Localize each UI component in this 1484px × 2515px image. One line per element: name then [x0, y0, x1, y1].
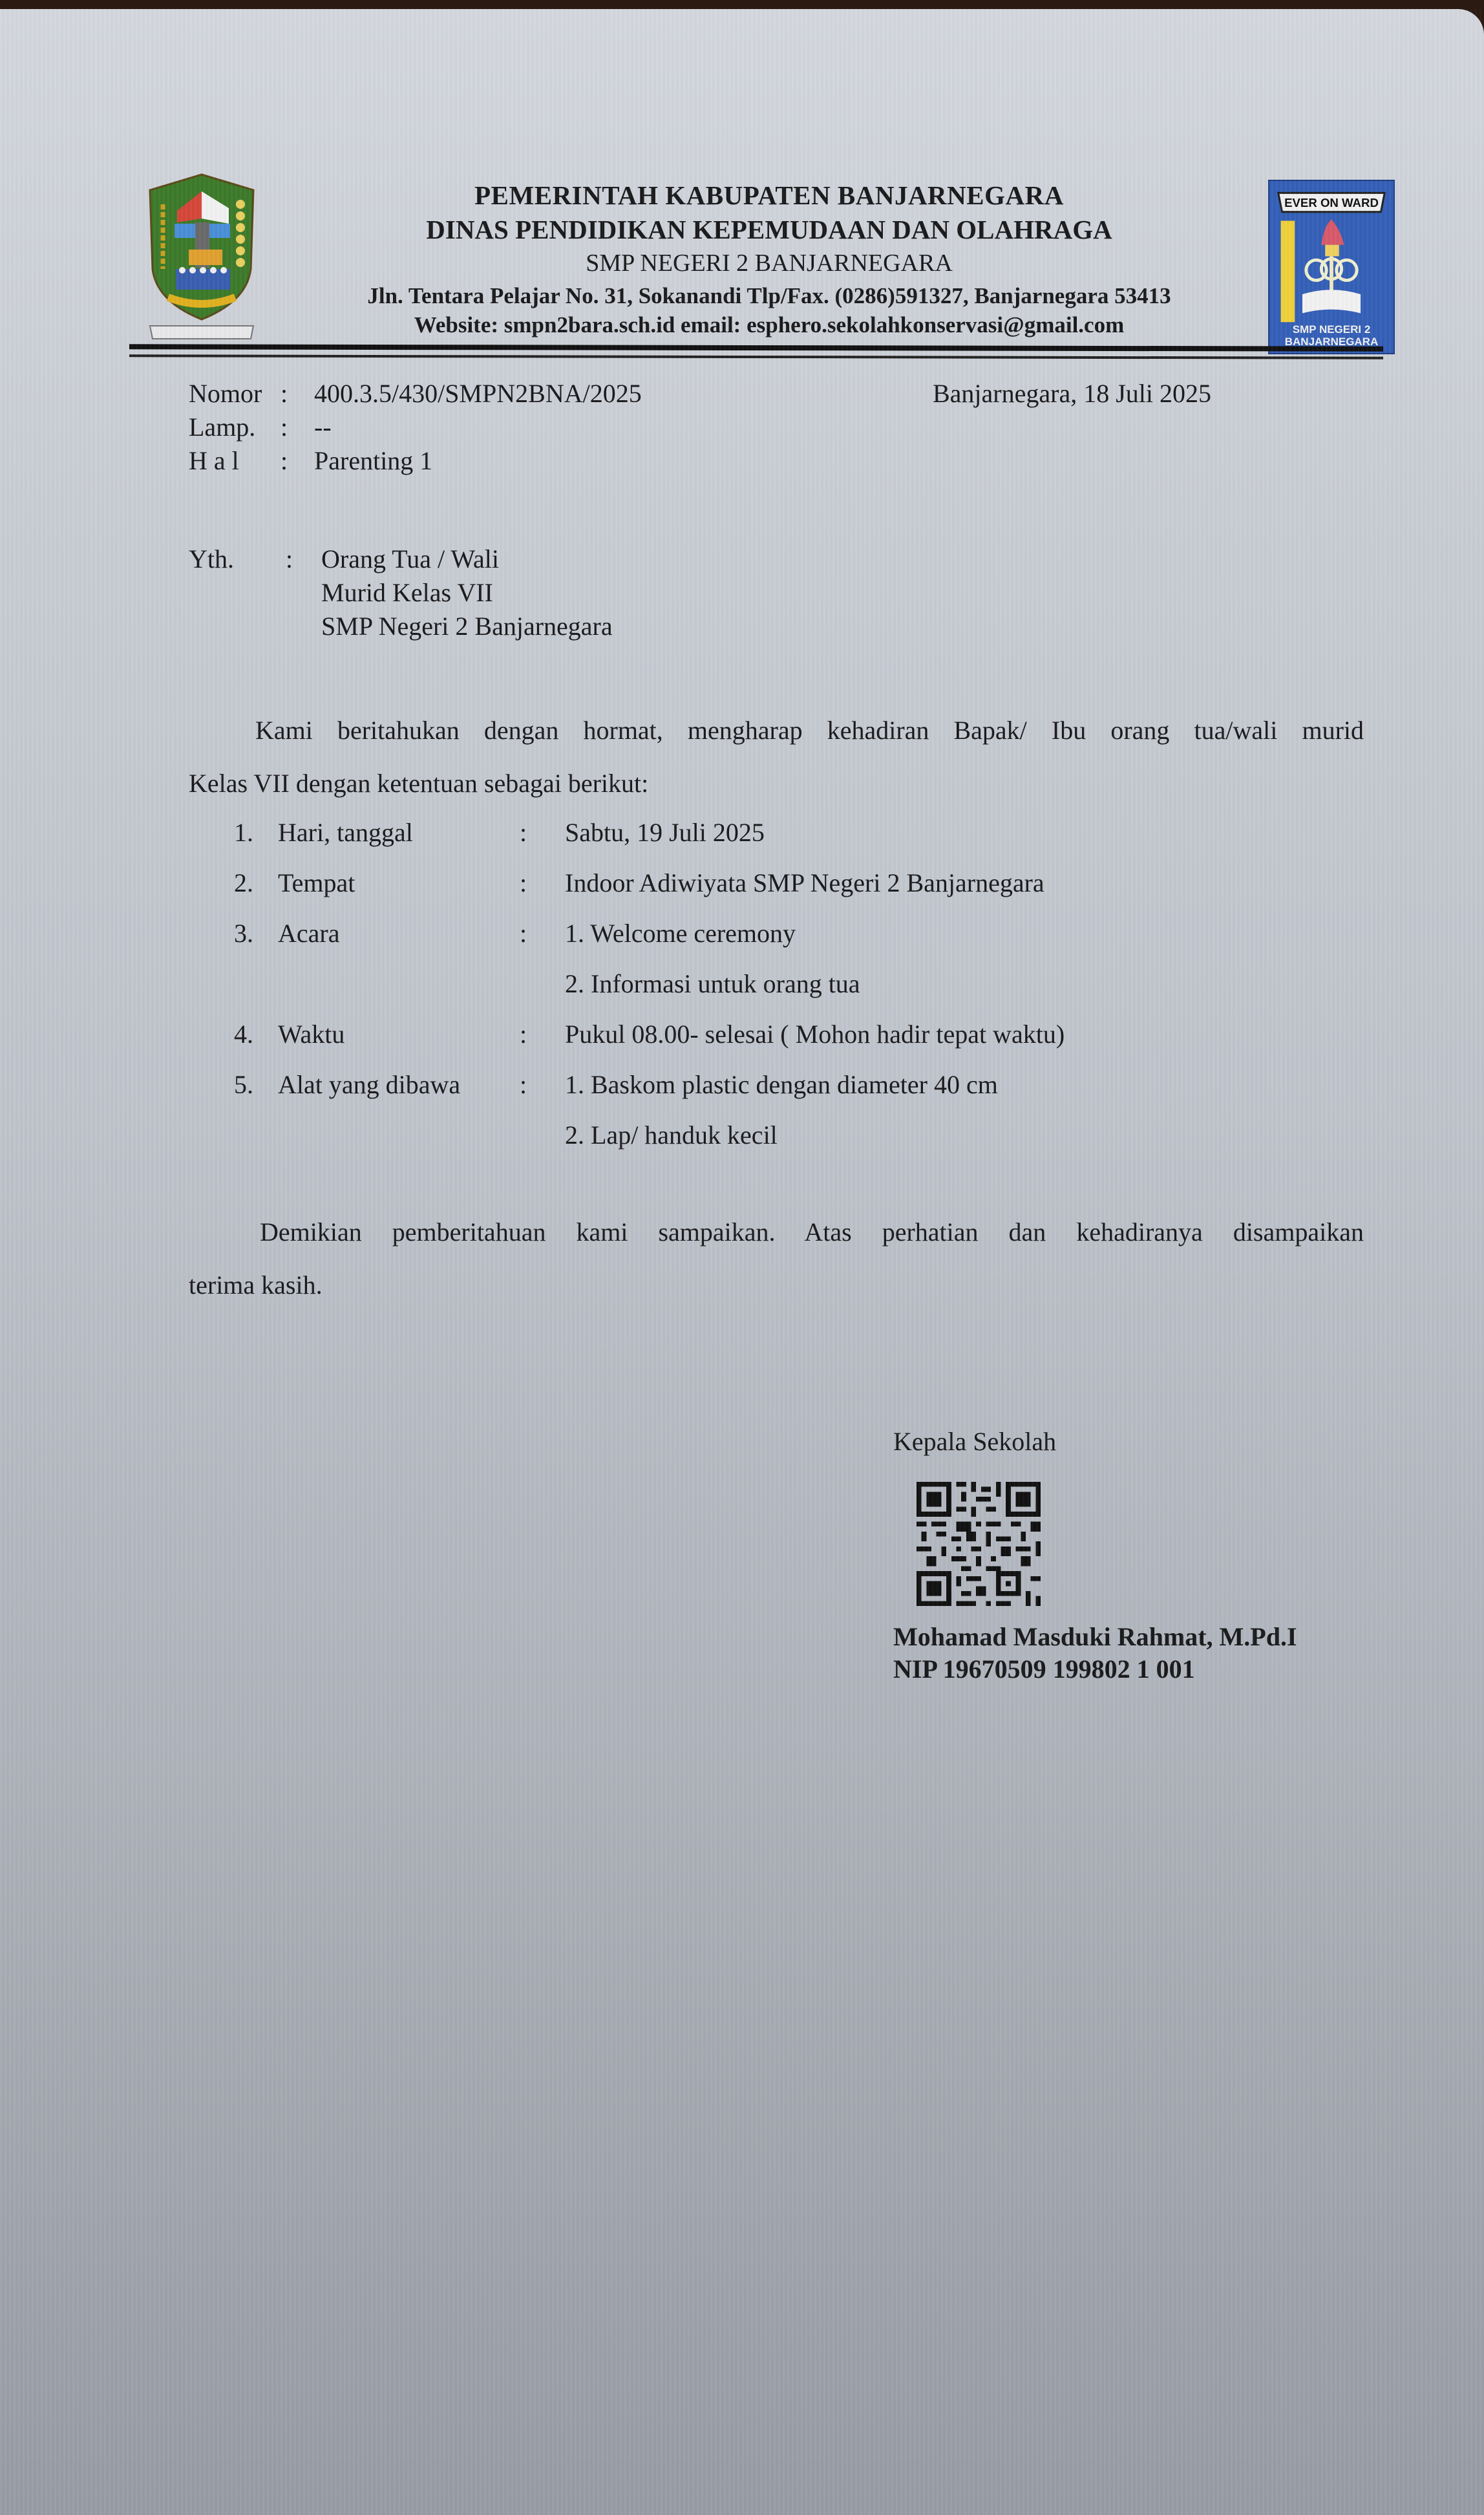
letterhead-school: SMP NEGERI 2 BANJARNEGARA	[278, 251, 1260, 275]
detail-value: 2. Informasi untuk orang tua	[565, 969, 860, 999]
letterhead-contact: Website: smpn2bara.sch.id email: esphero…	[278, 314, 1260, 336]
detail-number: 4.	[234, 1019, 273, 1049]
detail-label: Tempat	[278, 868, 355, 898]
detail-label: Acara	[278, 918, 339, 948]
signature-block: Kepala Sekolah Mohamad Masduki Rahmat, M…	[893, 1426, 1056, 1457]
detail-number: 1.	[234, 817, 273, 848]
nomor-label: Nomor	[189, 381, 281, 407]
svg-text:EVER ON WARD: EVER ON WARD	[1284, 196, 1379, 209]
recipient-line: Murid Kelas VII	[321, 576, 613, 610]
hal-value: Parenting 1	[314, 446, 432, 475]
detail-separator: :	[520, 868, 527, 898]
lamp-separator: :	[281, 414, 314, 440]
hal-label: H a l	[189, 448, 281, 474]
meta-lamp: Lamp.:--	[189, 414, 332, 440]
lamp-label: Lamp.	[189, 414, 281, 440]
school-emblem: EVER ON WARD SMP NEGERI 2 BANJARNEGARA	[1268, 180, 1395, 354]
signer-name: Mohamad Masduki Rahmat, M.Pd.I	[893, 1621, 1297, 1652]
detail-label: Waktu	[278, 1019, 344, 1049]
nomor-value: 400.3.5/430/SMPN2BNA/2025	[314, 379, 642, 408]
opening-paragraph: Kami beritahukan dengan hormat, menghara…	[189, 718, 1364, 797]
place-date: Banjarnegara, 18 Juli 2025	[933, 381, 1211, 407]
closing-paragraph: Demikian pemberitahuan kami sampaikan. A…	[189, 1219, 1364, 1298]
detail-separator: :	[520, 1019, 527, 1049]
meta-nomor: Nomor:400.3.5/430/SMPN2BNA/2025	[189, 381, 642, 407]
kabupaten-crest-icon	[137, 172, 266, 343]
letterhead-rule-thin	[129, 354, 1383, 359]
detail-value: Pukul 08.00- selesai ( Mohon hadir tepat…	[565, 1019, 1065, 1049]
opening-line-1: Kami beritahukan dengan hormat, menghara…	[189, 718, 1364, 744]
opening-line-2: Kelas VII dengan ketentuan sebagai berik…	[189, 771, 1364, 797]
detail-separator: :	[520, 918, 527, 948]
detail-number: 5.	[234, 1069, 273, 1100]
recipient-label: Yth.	[189, 542, 286, 576]
letterhead-rule-thick	[129, 344, 1383, 351]
signer-nip: NIP 19670509 199802 1 001	[893, 1654, 1195, 1684]
detail-number: 2.	[234, 868, 273, 898]
letterhead-department: DINAS PENDIDIKAN KEPEMUDAAN DAN OLAHRAGA	[278, 217, 1260, 243]
detail-value: Indoor Adiwiyata SMP Negeri 2 Banjarnega…	[565, 868, 1044, 898]
emblem-school-line1: SMP NEGERI 2	[1269, 323, 1394, 336]
qr-code-icon	[917, 1482, 1041, 1606]
detail-number: 3.	[234, 918, 273, 948]
detail-label: Alat yang dibawa	[278, 1069, 460, 1100]
letterhead-address: Jln. Tentara Pelajar No. 31, Sokanandi T…	[278, 284, 1260, 307]
detail-value: Sabtu, 19 Juli 2025	[565, 817, 765, 848]
hal-separator: :	[281, 448, 314, 474]
closing-line-1: Demikian pemberitahuan kami sampaikan. A…	[189, 1219, 1364, 1245]
detail-value: 2. Lap/ handuk kecil	[565, 1120, 778, 1150]
recipient-line: Orang Tua / Wali	[321, 542, 613, 576]
signer-title: Kepala Sekolah	[893, 1426, 1056, 1457]
detail-separator: :	[520, 817, 527, 848]
lamp-value: --	[314, 412, 332, 442]
detail-value: 1. Baskom plastic dengan diameter 40 cm	[565, 1069, 998, 1100]
recipient-separator: :	[286, 542, 293, 576]
letter-page: PEMERINTAH KABUPATEN BANJARNEGARA DINAS …	[0, 9, 1484, 2515]
detail-separator: :	[520, 1069, 527, 1100]
meta-hal: H a l:Parenting 1	[189, 448, 432, 474]
recipient-line: SMP Negeri 2 Banjarnegara	[321, 610, 613, 643]
detail-label: Hari, tanggal	[278, 817, 413, 848]
nomor-separator: :	[281, 381, 314, 407]
detail-value: 1. Welcome ceremony	[565, 918, 796, 948]
letterhead-government: PEMERINTAH KABUPATEN BANJARNEGARA	[278, 182, 1260, 209]
letterhead: PEMERINTAH KABUPATEN BANJARNEGARA DINAS …	[278, 178, 1260, 336]
closing-line-2: terima kasih.	[189, 1272, 1364, 1298]
